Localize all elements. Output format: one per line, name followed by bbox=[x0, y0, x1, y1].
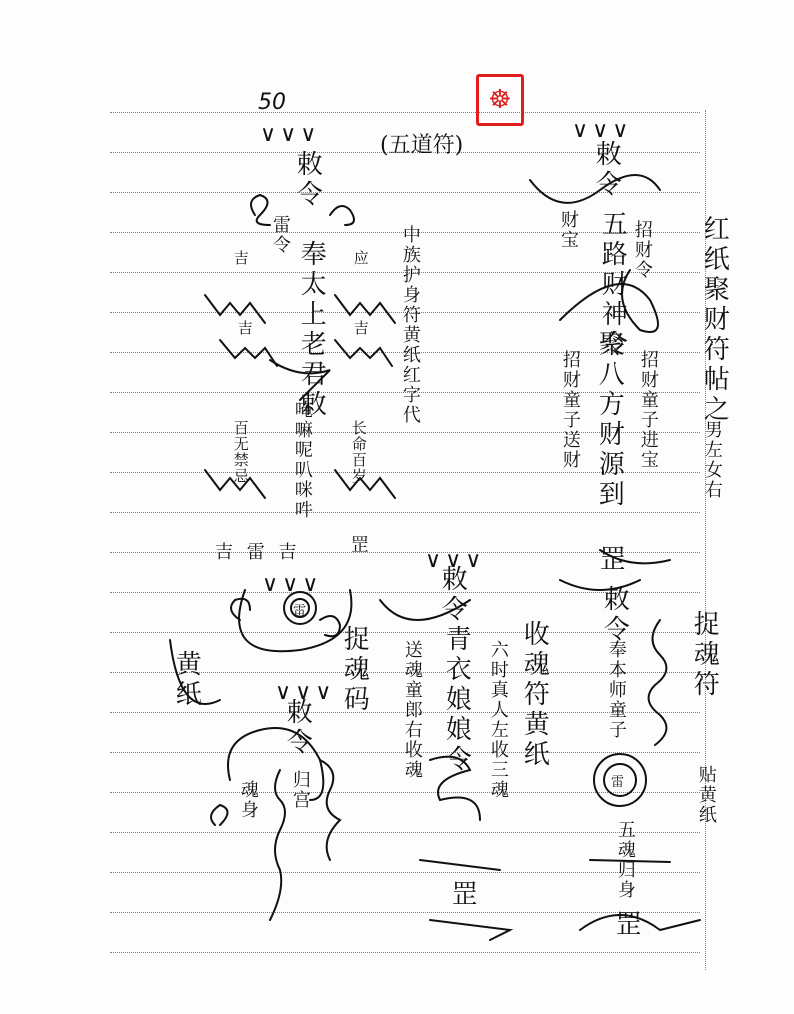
talisman-side-right: 招财童子进宝 bbox=[638, 350, 657, 470]
talisman-side-right: 六时真人左收三魂 bbox=[488, 640, 507, 800]
scanned-page: 50 ☸ (五道符) bbox=[0, 0, 794, 1014]
talisman-body-lower: 聚八方财源到 bbox=[595, 330, 622, 510]
talisman-head: 敕令 bbox=[600, 585, 627, 645]
talisman-body-left: 魂身 bbox=[238, 780, 257, 820]
talisman-base: 罡 bbox=[348, 535, 367, 555]
talisman-strokes bbox=[0, 0, 794, 1014]
talisman-side-label: 吉 bbox=[352, 320, 368, 336]
talisman-body: 奉本师童子 bbox=[606, 640, 625, 740]
talisman-side-label: 吉 bbox=[236, 320, 252, 336]
talisman-right-foot: 长命百岁 bbox=[350, 420, 366, 484]
talisman-body-right: 归宫 bbox=[290, 770, 309, 810]
talisman-body-right: 招财令 bbox=[632, 220, 651, 280]
caption-soul-catch: 捉魂符 bbox=[690, 610, 717, 700]
talisman-head: 敕令 bbox=[293, 150, 320, 210]
talisman-body-left: 财宝 bbox=[558, 210, 577, 250]
caption-red-paper-wealth: 红纸聚财符帖之 bbox=[700, 215, 727, 425]
talisman-lower: 五魂归身 bbox=[615, 820, 634, 900]
thunder-circle-label: 雷 bbox=[293, 600, 306, 619]
talisman-mantra: 唵嘛呢叭咪吽 bbox=[292, 400, 311, 520]
talisman-body: 青衣娘娘令 bbox=[442, 625, 469, 775]
talisman-head: 敕令 bbox=[438, 565, 465, 625]
talisman-base: 罡 bbox=[612, 910, 639, 940]
caption-soul-seal: 捉魂码 bbox=[340, 625, 367, 715]
checkmarks: ∨∨∨ bbox=[260, 122, 320, 147]
talisman-head: 敕令 bbox=[283, 698, 310, 758]
top-row: 吉 雷 吉 bbox=[215, 538, 300, 564]
talisman-side-label: 应 bbox=[352, 250, 368, 266]
talisman-body: 奉太上老君敕 bbox=[297, 240, 324, 420]
talisman-left-foot: 百无禁忌 bbox=[232, 420, 248, 484]
talisman-side-label: 吉 bbox=[232, 250, 248, 266]
caption-tail: 贴黄纸 bbox=[696, 765, 715, 825]
talisman-base: 罡 bbox=[596, 545, 623, 575]
talisman-base: 罡 bbox=[448, 880, 475, 910]
left-note: 黄纸 bbox=[172, 650, 199, 710]
talisman-side-left: 送魂童郎右收魂 bbox=[402, 640, 421, 780]
talisman-head: 敕令 bbox=[592, 140, 619, 200]
caption-soul-summon: 收魂符黄纸 bbox=[520, 620, 547, 770]
checkmarks: ∨∨∨ bbox=[262, 572, 322, 597]
thunder-circle-label: 雷 bbox=[611, 771, 624, 790]
talisman-side-left: 招财童子送财 bbox=[560, 350, 579, 470]
caption-tail: 男左女右 bbox=[702, 420, 721, 500]
caption-pin-talisman: 中族护身符黄纸红字代 bbox=[400, 225, 419, 425]
talisman-upper: 雷令 bbox=[270, 215, 289, 255]
